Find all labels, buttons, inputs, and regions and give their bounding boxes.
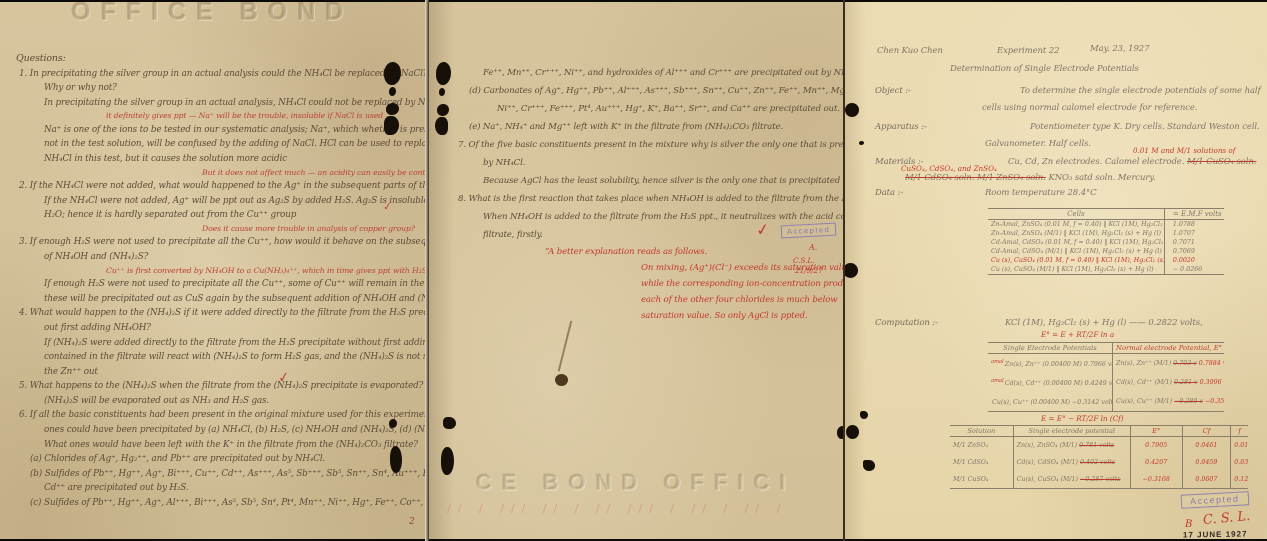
handwritten-line: 1. In precipitating the silver group in … bbox=[19, 67, 420, 82]
page-right: Chen Kuo Chen Experiment 22 May. 23, 192… bbox=[845, 2, 1267, 539]
ink-blot bbox=[860, 411, 868, 419]
handwritten-line: But it does not affect much — an acidity… bbox=[202, 167, 420, 180]
materials-text: M/1 CdSO₄ soln. M/1 ZnSO₄ soln. KNO₃ sat… bbox=[905, 173, 1155, 183]
handwritten-line: Why or why not? bbox=[44, 81, 420, 96]
handwritten-line: (b) Sulfides of Pb⁺⁺, Hg⁺⁺, Ag⁺, Bi⁺⁺⁺, … bbox=[30, 467, 420, 482]
handwritten-line: Cd⁺⁺ are precipitated out by H₂S. bbox=[44, 481, 420, 496]
ink-blot bbox=[859, 141, 864, 145]
apparatus-text: Galvanometer. Half cells. bbox=[985, 139, 1091, 149]
data-label: Data :- bbox=[875, 188, 903, 198]
computation-label: Computation :- bbox=[875, 318, 938, 328]
emf-row: Cd-Amal, CdSO₄ (M/1) ‖ KCl (1M), Hg₂Cl₂ … bbox=[988, 247, 1224, 256]
ink-blot bbox=[441, 447, 454, 475]
handwritten-line: it definitely gives ppt — Na⁺ will be th… bbox=[106, 110, 420, 123]
handwritten-line: In precipitating the silver group in an … bbox=[44, 96, 420, 111]
handwritten-line: NH₄Cl in this test, but it causes the so… bbox=[44, 152, 420, 167]
handwritten-line: (e) Na⁺, NH₄⁺ and Mg⁺⁺ left with K⁺ in t… bbox=[469, 118, 841, 136]
materials-ink: KNO₃ satd soln. Mercury. bbox=[1048, 173, 1155, 183]
ink-blot bbox=[443, 417, 456, 429]
emf-row: Zn-Amal, ZnSO₄ (0.01 M, f = 0.40) ‖ KCl … bbox=[988, 220, 1224, 230]
handwritten-line: Fe⁺⁺, Mn⁺⁺, Cr⁺⁺⁺, Ni⁺⁺, and hydroxides … bbox=[483, 64, 841, 82]
grader-check-mark: ✓ bbox=[755, 219, 771, 240]
handwritten-line: Na⁺ is one of the ions to be tested in o… bbox=[44, 123, 420, 138]
handwritten-line: saturation value. So only AgCl is ppted. bbox=[641, 308, 841, 324]
left-page-text: Questions:1. In precipitating the silver… bbox=[14, 52, 420, 511]
ink-blot bbox=[863, 460, 875, 471]
potentials-table: Single Electrode Potentials Normal elect… bbox=[988, 342, 1224, 412]
handwritten-line: not in the test solution, will be confus… bbox=[44, 137, 420, 152]
apparatus-text: Potentiometer type K. Dry cells. Standar… bbox=[1030, 122, 1260, 132]
ink-blot bbox=[439, 88, 445, 96]
page-left: OFFICE BOND Questions:1. In precipitatin… bbox=[0, 2, 425, 539]
handwritten-line: Because AgCl has the least solubility, h… bbox=[483, 172, 841, 190]
room-temperature: Room temperature 28.4°C bbox=[985, 188, 1097, 198]
grader-check-mark: ✓ bbox=[277, 369, 291, 386]
emf-col-cells: Cells bbox=[988, 209, 1164, 220]
date-stamp: 17 JUNE 1927 bbox=[1183, 529, 1248, 539]
handwritten-line: 3. If enough H₂S were not used to precip… bbox=[19, 235, 420, 250]
ink-blot-brown bbox=[555, 374, 568, 386]
solutions-row: M/1 ZnSO₄ Zn(s), ZnSO₄ (M/1) 0.781 volts… bbox=[950, 437, 1248, 455]
object-label: Object :- bbox=[875, 86, 911, 96]
ink-blot bbox=[846, 425, 859, 439]
paper-watermark: CE BOND OFFICI bbox=[429, 470, 843, 496]
handwritten-line: 5. What happens to the (NH₄)₂S when the … bbox=[19, 379, 420, 394]
handwritten-line: If the NH₄Cl were not added, Ag⁺ will be… bbox=[44, 194, 420, 209]
ink-blot bbox=[845, 263, 858, 278]
handwritten-line: the Zn⁺⁺ out bbox=[44, 365, 420, 380]
grader-note: A. bbox=[809, 243, 817, 252]
accepted-stamp: Accepted bbox=[1181, 491, 1249, 509]
ink-blot bbox=[845, 103, 859, 117]
page-number: 2 bbox=[409, 517, 415, 527]
handwritten-line: ones could have been precipitated by (a)… bbox=[44, 423, 420, 438]
handwritten-line: Cu⁺⁺ is first converted by NH₄OH to a Cu… bbox=[106, 265, 420, 278]
handwritten-line: When NH₄OH is added to the filtrate from… bbox=[483, 208, 841, 226]
ink-blot bbox=[437, 104, 449, 116]
potentials-col-single: Single Electrode Potentials bbox=[988, 343, 1113, 354]
grader-check-mark: ✓ bbox=[382, 199, 393, 213]
emf-row: Zn-Amal, ZnSO₄ (M/1) ‖ KCl (1M), Hg₂Cl₂ … bbox=[988, 229, 1224, 238]
solutions-col-solution: Solution bbox=[950, 426, 1013, 437]
handwritten-line: each of the other four chlorides is much… bbox=[641, 292, 841, 308]
page-mid: CE BOND OFFICI Fe⁺⁺, Mn⁺⁺, Cr⁺⁺⁺, Ni⁺⁺, … bbox=[429, 2, 843, 539]
report-date: May. 23, 1927 bbox=[1090, 44, 1149, 54]
red-tally-marks: ∕∕ ∕ ∕∕∕ ∕∕ ∕ ∕∕ ∕∕∕ ∕ ∕∕ ∕ ∕∕ ∕ bbox=[447, 502, 827, 515]
handwritten-line: (NH₄)₂S will be evaporated out as NH₃ an… bbox=[44, 394, 420, 409]
handwritten-line: by NH₄Cl. bbox=[483, 154, 841, 172]
potentials-row: amalZn(s), Zn⁺⁺ (0.00400 M) 0.7966 volts… bbox=[988, 354, 1224, 374]
handwritten-line: 7. Of the five basic constituents presen… bbox=[458, 136, 841, 154]
handwritten-line: while the corresponding ion-concentratio… bbox=[641, 276, 841, 292]
handwritten-line: H₂O; hence it is hardly separated out fr… bbox=[44, 208, 420, 223]
solutions-col-e0: E° bbox=[1130, 426, 1182, 437]
student-name: Chen Kuo Chen bbox=[877, 46, 943, 56]
ink-blot bbox=[390, 446, 402, 473]
materials-correction: 0.01 M and M/1 solutions of bbox=[1133, 146, 1235, 155]
potentials-row: amalCd(s), Cd⁺⁺ (0.00400 M) 0.4249 volts… bbox=[988, 373, 1224, 392]
handwritten-line: (d) Carbonates of Ag⁺, Hg⁺⁺, Pb⁺⁺, Al⁺⁺⁺… bbox=[469, 82, 841, 100]
handwritten-line: Does it cause more trouble in analysis o… bbox=[202, 223, 420, 236]
solutions-col-potential: Single electrode potential bbox=[1013, 426, 1130, 437]
materials-text: Cu, Cd, Zn electrodes. Calomel electrode… bbox=[1008, 157, 1256, 167]
solutions-row: M/1 CdSO₄ Cd(s), CdSO₄ (M/1) 0.402 volts… bbox=[950, 454, 1248, 471]
handwritten-line: If enough H₂S were not used to precipita… bbox=[44, 277, 420, 292]
reviewer-date: 21/9/27 bbox=[795, 266, 823, 275]
object-text: To determine the single electrode potent… bbox=[1020, 86, 1261, 96]
experiment-number: Experiment 22 bbox=[997, 46, 1059, 56]
page-seam bbox=[425, 0, 429, 541]
grade: B bbox=[1185, 519, 1192, 530]
handwritten-line: (c) Sulfides of Pb⁺⁺, Hg⁺⁺, Ag⁺, Al⁺⁺⁺, … bbox=[30, 496, 420, 511]
calomel-reference: KCl (1M), Hg₂Cl₂ (s) + Hg (l) —— 0.2822 … bbox=[1005, 318, 1203, 328]
potentials-col-normal: Normal electrode Potential, E° bbox=[1113, 343, 1225, 354]
paper-watermark: OFFICE BOND bbox=[0, 2, 425, 27]
report-title: Determination of Single Electrode Potent… bbox=[950, 64, 1139, 74]
mid-page-text: Fe⁺⁺, Mn⁺⁺, Cr⁺⁺⁺, Ni⁺⁺, and hydroxides … bbox=[453, 64, 841, 324]
handwritten-line: Questions: bbox=[16, 52, 420, 67]
page-seam bbox=[843, 0, 845, 541]
notebook-scan: OFFICE BOND Questions:1. In precipitatin… bbox=[0, 0, 1267, 541]
emf-row: Cd-Amal, CdSO₄ (0.01 M, f = 0.40) ‖ KCl … bbox=[988, 238, 1224, 247]
ink-streak bbox=[558, 321, 572, 372]
handwritten-line: What ones would have been left with the … bbox=[44, 438, 420, 453]
materials-correction: CuSO₄, CdSO₄, and ZnSO₄ bbox=[901, 164, 997, 173]
handwritten-line: 2. If the NH₄Cl were not added, what wou… bbox=[19, 179, 420, 194]
solutions-table: Solution Single electrode potential E° C… bbox=[950, 425, 1248, 489]
handwritten-line: these will be precipitated out as CuS ag… bbox=[44, 292, 420, 307]
solutions-row: M/1 CuSO₄ Cu(s), CuSO₄ (M/1) −0.287 volt… bbox=[950, 471, 1248, 489]
materials-ink: Cu, Cd, Zn electrodes. Calomel electrode… bbox=[1008, 157, 1184, 167]
object-text: cells using normal calomel electrode for… bbox=[982, 103, 1197, 113]
solutions-col-cf: Cf bbox=[1182, 426, 1231, 437]
ink-blot bbox=[436, 62, 451, 85]
nernst-formula: E° = E + RT/2F ln a bbox=[1041, 330, 1114, 339]
handwritten-line: If (NH₄)₂S were added directly to the fi… bbox=[44, 336, 420, 351]
emf-table: Cells = E.M.F volts Zn-Amal, ZnSO₄ (0.01… bbox=[988, 208, 1224, 275]
handwritten-line: Ni⁺⁺, Cr⁺⁺⁺, Fe⁺⁺⁺, Pt⁴, Au⁺⁺⁺, Hg⁺, K⁺,… bbox=[497, 100, 841, 118]
ink-blot bbox=[435, 117, 448, 135]
handwritten-line: 4. What would happen to the (NH₄)₂S if i… bbox=[19, 306, 420, 321]
apparatus-label: Apparatus :- bbox=[875, 122, 927, 132]
emf-col-volts: = E.M.F volts bbox=[1164, 209, 1224, 220]
handwritten-line: (a) Chlorides of Ag⁺, Hg₂⁺⁺, and Pb⁺⁺ ar… bbox=[30, 452, 420, 467]
materials-struck: M/1 CuSO₄ soln. bbox=[1187, 157, 1256, 167]
nernst-formula: E = E° − RT/2F ln (Cf) bbox=[1041, 414, 1124, 423]
handwritten-line: 8. What is the first reaction that takes… bbox=[458, 190, 841, 208]
handwritten-line: out first adding NH₄OH? bbox=[44, 321, 420, 336]
potentials-row: Cu(s), Cu⁺⁺ (0.00400 M) −0.3142 volt Cu(… bbox=[988, 392, 1224, 412]
emf-row: Cu (s), CuSO₄ (M/1) ‖ KCl (1M), Hg₂Cl₂ (… bbox=[988, 265, 1224, 275]
materials-struck: M/1 CdSO₄ soln. M/1 ZnSO₄ soln. bbox=[905, 173, 1046, 183]
instructor-signature: C. S. L. bbox=[1202, 509, 1250, 528]
handwritten-line: 6. If all the basic constituents had bee… bbox=[19, 408, 420, 423]
emf-row: Cu (s), CuSO₄ (0.01 M, f = 0.40) ‖ KCl (… bbox=[988, 256, 1224, 265]
handwritten-line: of NH₄OH and (NH₄)₂S? bbox=[44, 250, 420, 265]
solutions-col-f: f bbox=[1231, 426, 1248, 437]
handwritten-line: contained in the filtrate will react wit… bbox=[44, 350, 420, 365]
reviewer-initials: C.S.L. bbox=[793, 256, 815, 265]
